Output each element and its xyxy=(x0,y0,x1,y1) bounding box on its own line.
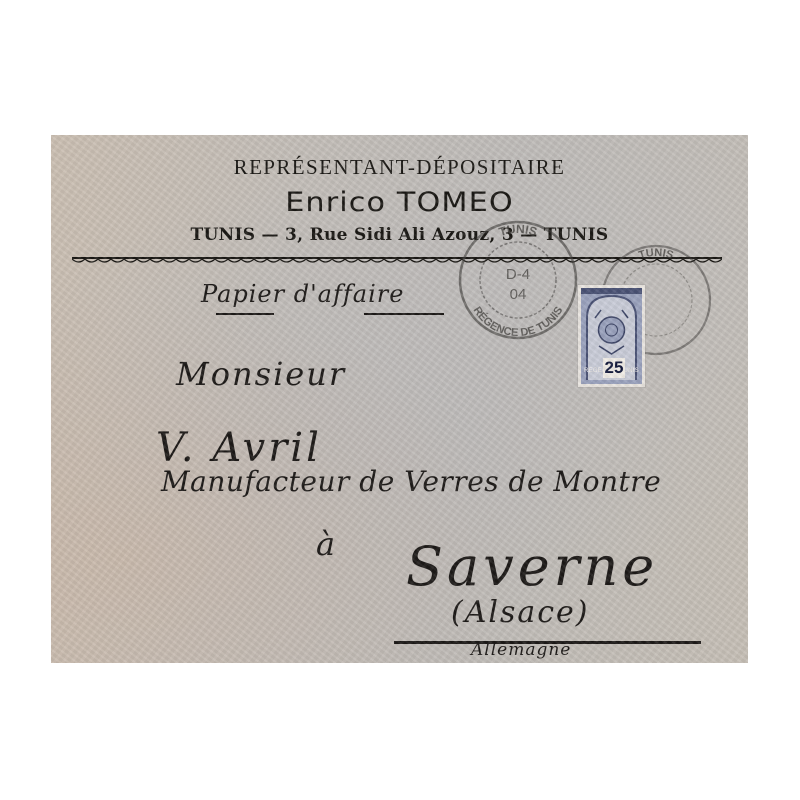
recipient-occupation: Manufacteur de Verres de Montre xyxy=(161,465,661,498)
letterhead-title: REPRÉSENTANT-DÉPOSITAIRE xyxy=(51,155,748,180)
mail-class-underline-2 xyxy=(364,313,444,315)
svg-text:04: 04 xyxy=(510,286,527,303)
destination-region: (Alsace) xyxy=(451,595,590,630)
letterhead-name: Enrico TOMEO xyxy=(51,187,748,218)
destination-country: Allemagne xyxy=(471,640,571,660)
postmark-tunis-cancel: TUNIS RÉGENCE DE TUNIS D-4 04 xyxy=(453,215,583,345)
mail-class-note: Papier d'affaire xyxy=(201,280,404,308)
svg-text:TUNIS: TUNIS xyxy=(637,247,675,262)
svg-text:TUNIS: TUNIS xyxy=(497,222,539,239)
address-preposition: à xyxy=(316,525,335,563)
stamp-design: REGENCE TUNIS 25 xyxy=(581,288,642,384)
postage-stamp: REGENCE TUNIS 25 xyxy=(578,285,645,387)
destination-city: Saverne xyxy=(406,535,658,598)
envelope: REPRÉSENTANT-DÉPOSITAIRE Enrico TOMEO TU… xyxy=(51,135,748,663)
mail-class-underline-1 xyxy=(216,313,274,315)
svg-text:RÉGENCE DE TUNIS: RÉGENCE DE TUNIS xyxy=(471,305,566,339)
salutation: Monsieur xyxy=(176,355,346,393)
stamp-value: 25 xyxy=(603,358,625,378)
svg-text:D-4: D-4 xyxy=(506,266,530,283)
